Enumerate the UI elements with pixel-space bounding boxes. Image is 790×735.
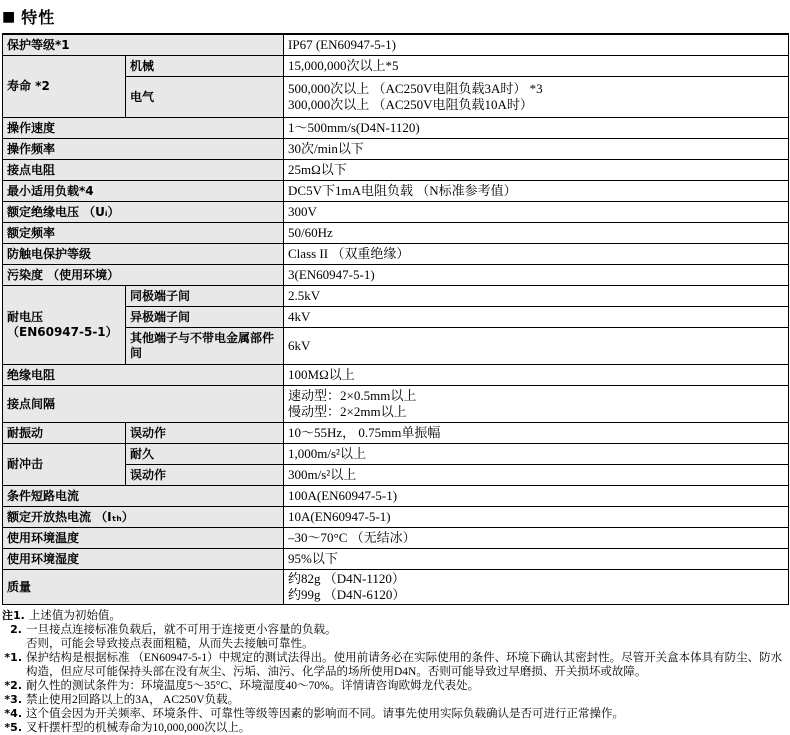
spec-label-minimum-load: 最小适用负载*4: [3, 181, 284, 202]
spec-sublabel-shock-malfunction: 误动作: [126, 465, 284, 486]
spec-label-dielectric-strength: 耐电压 （EN60947-5-1）: [3, 286, 126, 365]
table-row: 质量 约82g （D4N-1120） 约99g （D4N-6120）: [3, 570, 789, 605]
spec-value-operating-speed: 1～500mm/s(D4N-1120): [284, 118, 789, 139]
footnote-note2: 2. 一旦接点连接标准负载后，就不可用于连接更小容量的负载。 否则，可能会导致接…: [2, 623, 788, 651]
table-row: 最小适用负载*4 DC5V下1mA电阻负载 （N标准参考值）: [3, 181, 789, 202]
spec-value-same-polarity: 2.5kV: [284, 286, 789, 307]
spec-value-vibration-malfunction: 10～55Hz， 0.75mm单振幅: [284, 423, 789, 444]
footnote-marker: *1.: [2, 651, 26, 665]
spec-label-contact-resistance: 接点电阻: [3, 160, 284, 181]
spec-value-shock-malfunction: 300m/s²以上: [284, 465, 789, 486]
spec-sublabel-other-terminals: 其他端子与不带电金属部件间: [126, 328, 284, 365]
spec-label-ambient-humidity: 使用环境湿度: [3, 549, 284, 570]
table-row: 污染度 （使用环境） 3(EN60947-5-1): [3, 265, 789, 286]
table-row: 额定绝缘电压 （Uᵢ） 300V: [3, 202, 789, 223]
table-row: 额定频率 50/60Hz: [3, 223, 789, 244]
table-row: 耐振动 误动作 10～55Hz， 0.75mm单振幅: [3, 423, 789, 444]
table-row: 防触电保护等级 Class II （双重绝缘）: [3, 244, 789, 265]
spec-value-contact-resistance: 25mΩ以下: [284, 160, 789, 181]
table-row: 绝缘电阻 100MΩ以上: [3, 365, 789, 386]
footnote-star4: *4. 这个值会因为开关频率、环境条件、可靠性等级等因素的影响而不同。请事先使用…: [2, 707, 788, 721]
table-row: 条件短路电流 100A(EN60947-5-1): [3, 486, 789, 507]
spec-label-shock-protection-class: 防触电保护等级: [3, 244, 284, 265]
table-row: 接点间隔 速动型：2×0.5mm以上 慢动型：2×2mm以上: [3, 386, 789, 423]
spec-label-contact-gap: 接点间隔: [3, 386, 284, 423]
spec-value-ambient-temperature: –30～70°C （无结冰）: [284, 528, 789, 549]
table-row: 使用环境湿度 95%以下: [3, 549, 789, 570]
footnote-text: 一旦接点连接标准负载后，就不可用于连接更小容量的负载。 否则，可能会导致接点表面…: [26, 623, 788, 651]
spec-sublabel-same-polarity: 同极端子间: [126, 286, 284, 307]
spec-value-different-polarity: 4kV: [284, 307, 789, 328]
spec-sublabel-shock-durability: 耐久: [126, 444, 284, 465]
footnote-marker: *3.: [2, 693, 26, 707]
footnote-text: 叉杆摆杆型的机械寿命为10,000,000次以上。: [26, 721, 788, 735]
spec-value-conditional-short-circuit-current: 100A(EN60947-5-1): [284, 486, 789, 507]
table-row: 保护等级*1 IP67 (EN60947-5-1): [3, 34, 789, 56]
spec-label-operating-frequency: 操作频率: [3, 139, 284, 160]
spec-value-protection: IP67 (EN60947-5-1): [284, 34, 789, 56]
spec-label-operating-speed: 操作速度: [3, 118, 284, 139]
table-row: 操作速度 1～500mm/s(D4N-1120): [3, 118, 789, 139]
spec-value-contact-gap: 速动型：2×0.5mm以上 慢动型：2×2mm以上: [284, 386, 789, 423]
footnote-marker: *5.: [2, 721, 26, 735]
spec-value-rated-insulation-voltage: 300V: [284, 202, 789, 223]
spec-label-rated-frequency: 额定频率: [3, 223, 284, 244]
footnote-text: 上述值为初始值。: [29, 609, 788, 623]
footnote-note1: 注1. 上述值为初始值。: [2, 609, 788, 623]
spec-sublabel-vibration-malfunction: 误动作: [126, 423, 284, 444]
spec-sublabel-life-mechanical: 机械: [126, 56, 284, 77]
spec-value-pollution-degree: 3(EN60947-5-1): [284, 265, 789, 286]
spec-value-rated-open-thermal-current: 10A(EN60947-5-1): [284, 507, 789, 528]
spec-label-shock-resistance: 耐冲击: [3, 444, 126, 486]
table-row: 耐电压 （EN60947-5-1） 同极端子间 2.5kV: [3, 286, 789, 307]
spec-value-weight: 约82g （D4N-1120） 约99g （D4N-6120）: [284, 570, 789, 605]
table-row: 操作频率 30次/min以下: [3, 139, 789, 160]
section-marker-icon: ■: [2, 10, 16, 24]
section-title-label: 特性: [21, 5, 55, 28]
spec-value-life-mechanical: 15,000,000次以上*5: [284, 56, 789, 77]
spec-label-life: 寿命 *2: [3, 56, 126, 118]
spec-label-conditional-short-circuit-current: 条件短路电流: [3, 486, 284, 507]
spec-label-ambient-temperature: 使用环境温度: [3, 528, 284, 549]
footnote-text: 这个值会因为开关频率、环境条件、可靠性等级等因素的影响而不同。请事先使用实际负载…: [26, 707, 788, 721]
table-row: 寿命 *2 机械 15,000,000次以上*5: [3, 56, 789, 77]
spec-label-rated-open-thermal-current: 额定开放热电流 （Iₜₕ）: [3, 507, 284, 528]
spec-value-insulation-resistance: 100MΩ以上: [284, 365, 789, 386]
datasheet-page: ■ 特性 保护等级*1 IP67 (EN60947-5-1) 寿命 *2 机械 …: [0, 0, 790, 735]
spec-label-pollution-degree: 污染度 （使用环境）: [3, 265, 284, 286]
footnote-text: 耐久性的测试条件为：环境温度5～35°C、环境湿度40～70%。详情请咨询欧姆龙…: [26, 679, 788, 693]
footnote-star2: *2. 耐久性的测试条件为：环境温度5～35°C、环境湿度40～70%。详情请咨…: [2, 679, 788, 693]
spec-label-insulation-resistance: 绝缘电阻: [3, 365, 284, 386]
spec-value-life-electrical: 500,000次以上 （AC250V电阻负载3A时） *3 300,000次以上…: [284, 77, 789, 118]
footnote-marker: 注1.: [2, 609, 29, 623]
footnote-text: 禁止使用2回路以上的3A， AC250V负载。: [26, 693, 788, 707]
table-row: 接点电阻 25mΩ以下: [3, 160, 789, 181]
table-row: 耐冲击 耐久 1,000m/s²以上: [3, 444, 789, 465]
table-row: 额定开放热电流 （Iₜₕ） 10A(EN60947-5-1): [3, 507, 789, 528]
spec-value-shock-durability: 1,000m/s²以上: [284, 444, 789, 465]
specifications-table: 保护等级*1 IP67 (EN60947-5-1) 寿命 *2 机械 15,00…: [2, 33, 789, 605]
footnote-star5: *5. 叉杆摆杆型的机械寿命为10,000,000次以上。: [2, 721, 788, 735]
spec-value-rated-frequency: 50/60Hz: [284, 223, 789, 244]
footnote-star1: *1. 保护结构是根据标准 （EN60947-5-1）中规定的测试法得出。使用前…: [2, 651, 788, 679]
spec-label-protection: 保护等级*1: [3, 34, 284, 56]
spec-value-shock-protection-class: Class II （双重绝缘）: [284, 244, 789, 265]
footnote-marker: 2.: [2, 623, 26, 637]
spec-value-minimum-load: DC5V下1mA电阻负载 （N标准参考值）: [284, 181, 789, 202]
footnote-marker: *4.: [2, 707, 26, 721]
section-title: ■ 特性: [2, 5, 788, 28]
spec-sublabel-different-polarity: 异极端子间: [126, 307, 284, 328]
spec-label-vibration-resistance: 耐振动: [3, 423, 126, 444]
spec-value-ambient-humidity: 95%以下: [284, 549, 789, 570]
spec-label-weight: 质量: [3, 570, 284, 605]
spec-sublabel-life-electrical: 电气: [126, 77, 284, 118]
spec-value-other-terminals: 6kV: [284, 328, 789, 365]
footnotes: 注1. 上述值为初始值。 2. 一旦接点连接标准负载后，就不可用于连接更小容量的…: [2, 609, 788, 735]
spec-label-rated-insulation-voltage: 额定绝缘电压 （Uᵢ）: [3, 202, 284, 223]
spec-value-operating-frequency: 30次/min以下: [284, 139, 789, 160]
footnote-text: 保护结构是根据标准 （EN60947-5-1）中规定的测试法得出。使用前请务必在…: [26, 651, 788, 679]
footnote-marker: *2.: [2, 679, 26, 693]
table-row: 使用环境温度 –30～70°C （无结冰）: [3, 528, 789, 549]
footnote-star3: *3. 禁止使用2回路以上的3A， AC250V负载。: [2, 693, 788, 707]
